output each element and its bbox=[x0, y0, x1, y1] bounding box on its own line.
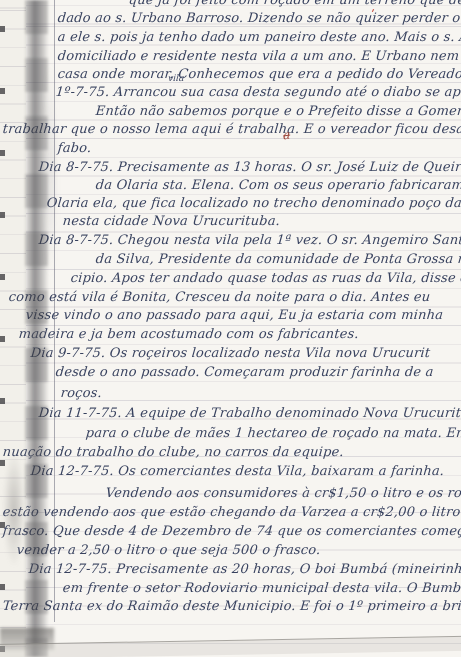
handwritten-line: desde o ano passado. Começaram produzir … bbox=[55, 365, 434, 381]
smudge-mark bbox=[43, 60, 57, 280]
handwritten-line: Então não sabemos porque e o Prefeito di… bbox=[95, 104, 461, 120]
handwritten-line: Dia 9-7-75. Os roçeiros localizado nesta… bbox=[30, 346, 431, 362]
scanned-notebook-page: que ja foi feito com roçado em um terren… bbox=[0, 0, 461, 657]
handwritten-line: dado ao s. Urbano Barroso. Dizendo se nã… bbox=[57, 11, 461, 27]
handwritten-line: estão vendendo aos que estão chegando da… bbox=[2, 505, 461, 521]
red-scribble-correction: a bbox=[283, 127, 291, 142]
handwritten-line: Olaria ela, que fica localizado no trech… bbox=[46, 196, 461, 212]
handwritten-line: cipio. Apos ter andado quase todas as ru… bbox=[70, 271, 461, 287]
handwritten-line: domiciliado e residente nesta vila a um … bbox=[57, 49, 461, 65]
handwritten-line: madeira e ja bem acostumado com os fabri… bbox=[18, 327, 359, 343]
handwritten-line: visse vindo o ano passado para aqui, Eu … bbox=[25, 308, 444, 324]
handwritten-line: Dia 8-7-75. Chegou nesta vila pela 1ª ve… bbox=[38, 233, 461, 249]
smudge-mark bbox=[3, 452, 25, 567]
handwritten-line: Dia 12-7-75. Precisamente as 20 horas, O… bbox=[28, 562, 461, 578]
handwritten-line: fabo. bbox=[57, 141, 92, 157]
handwritten-line: Terra Santa ex do Raimão deste Municipio… bbox=[2, 599, 461, 615]
handwritten-line: frasco. Que desde 4 de Dezembro de 74 qu… bbox=[2, 524, 461, 540]
handwritten-line: como está vila é Bonita, Cresceu da noit… bbox=[8, 290, 431, 306]
handwritten-line: em frente o setor Rodoviario municipal d… bbox=[62, 581, 461, 597]
handwritten-line: nuação do trabalho do clube, no carros d… bbox=[2, 445, 344, 461]
handwritten-line: da Silva, Presidente da comunidade de Po… bbox=[95, 252, 461, 268]
handwritten-line: Dia 12-7-75. Os comerciantes desta Vila,… bbox=[30, 464, 445, 480]
handwritten-line: 1º-7-75. Arrancou sua casa desta segundo… bbox=[55, 85, 461, 101]
handwritten-line: para o clube de mães 1 hectareo de roçad… bbox=[85, 426, 461, 442]
handwritten-line: casa onde morar. Conhecemos que era a pe… bbox=[57, 67, 461, 83]
handwritten-line: trabalhar que o nosso lema aqui é trabal… bbox=[2, 122, 461, 138]
notebook-page: que ja foi feito com roçado em um terren… bbox=[26, 0, 461, 657]
handwritten-line: vender a 2,50 o litro o que seja 500 o f… bbox=[16, 543, 321, 559]
handwritten-line: Dia 11-7-75. A equipe de Trabalho denomi… bbox=[38, 406, 461, 422]
vila-superscript-insertion: vila bbox=[168, 74, 185, 84]
handwritten-line: da Olaria sta. Elena. Com os seus operar… bbox=[95, 178, 461, 194]
handwritten-line: Dia 8-7-75. Precisamente as 13 horas. O … bbox=[38, 160, 461, 176]
handwritten-line: Vendendo aos consumidores à cr$1,50 o li… bbox=[105, 486, 461, 502]
handwritten-line: nesta cidade Nova Urucurituba. bbox=[62, 214, 281, 230]
handwritten-line: roços. bbox=[60, 386, 103, 402]
handwritten-line: a ele s. pois ja tenho dado um paneiro d… bbox=[57, 30, 461, 46]
handwritten-line: que ja foi feito com roçado em um terren… bbox=[128, 0, 461, 9]
